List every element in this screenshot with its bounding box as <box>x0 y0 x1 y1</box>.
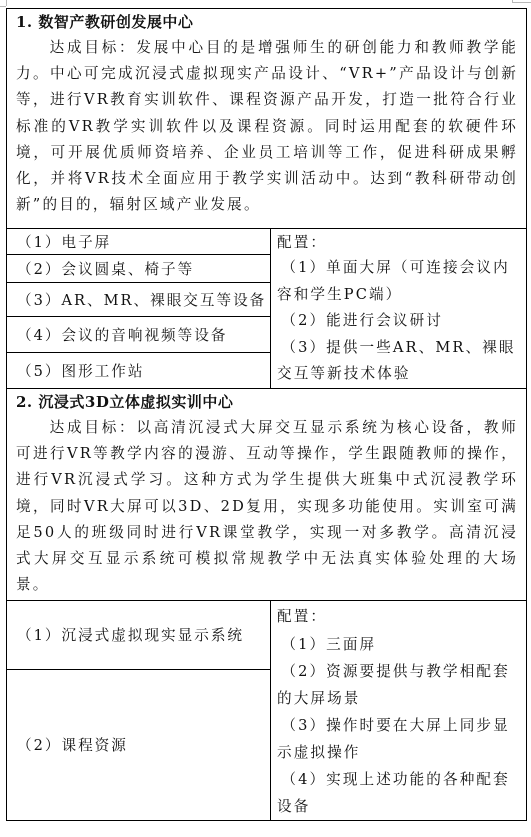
section-2-config-cell: 配置： （1）三面屏 （2）资源要提供与教学相配套的大屏场景 （3）操作时要在大… <box>271 600 527 820</box>
section-1-title: 1. 数智产教研创发展中心 <box>16 9 518 35</box>
section-1-equipment-item: （3）AR、MR、裸眼交互等设备 <box>7 282 271 316</box>
page-corner-mark-right-h <box>512 2 531 3</box>
section-2-config-label: 配置： <box>277 603 522 631</box>
section-2-description-cell: 2. 沉浸式3D立体虚拟实训中心 达成目标：以高清沉浸式大屏交互显示系统为核心设… <box>7 388 527 600</box>
facility-table: 1. 数智产教研创发展中心 达成目标：发展中心目的是增强师生的研创能力和教师教学… <box>6 8 527 821</box>
section-2-equipment-item: （1）沉浸式虚拟现实显示系统 <box>7 600 271 669</box>
section-1-equipment-item: （2）会议圆桌、椅子等 <box>7 254 271 282</box>
section-1-equipment-item: （5）图形工作站 <box>7 352 271 388</box>
section-2-equipment-item: （2）课程资源 <box>7 669 271 820</box>
section-2-description-row: 2. 沉浸式3D立体虚拟实训中心 达成目标：以高清沉浸式大屏交互显示系统为核心设… <box>7 388 527 600</box>
section-2-config-line: （2）资源要提供与教学相配套的大屏场景 <box>277 658 522 712</box>
section-1-config-line: （3）提供一些AR、MR、裸眼交互等新技术体验 <box>277 335 522 388</box>
section-2-equipment-row: （1）沉浸式虚拟现实显示系统 配置： （1）三面屏 （2）资源要提供与教学相配套… <box>7 600 527 669</box>
section-2-title: 2. 沉浸式3D立体虚拟实训中心 <box>16 389 518 415</box>
section-1-config-label: 配置： <box>277 231 522 255</box>
section-2-config-line: （1）三面屏 <box>277 631 522 658</box>
page-corner-mark-right-v <box>512 0 513 3</box>
page-corner-mark-left-h <box>0 6 6 7</box>
section-1-config-cell: 配置： （1）单面大屏（可连接会议内容和学生PC端） （2）能进行会议研讨 （3… <box>271 229 527 389</box>
section-1-description-row: 1. 数智产教研创发展中心 达成目标：发展中心目的是增强师生的研创能力和教师教学… <box>7 9 527 229</box>
section-1-equipment-item: （4）会议的音响视频等设备 <box>7 317 271 352</box>
section-1-description-cell: 1. 数智产教研创发展中心 达成目标：发展中心目的是增强师生的研创能力和教师教学… <box>7 9 527 229</box>
section-1-goal-paragraph: 达成目标：发展中心目的是增强师生的研创能力和教师教学能力。中心可完成沉浸式虚拟现… <box>16 35 518 218</box>
section-1-equipment-item: （1）电子屏 <box>7 229 271 254</box>
section-1-config-line: （2）能进行会议研讨 <box>277 308 522 335</box>
page-corner-mark-left-v <box>6 0 7 6</box>
section-1-config-line: （1）单面大屏（可连接会议内容和学生PC端） <box>277 255 522 308</box>
section-2-config-line: （4）实现上述功能的各种配套设备 <box>277 766 522 820</box>
section-2-config-line: （3）操作时要在大屏上同步显示虚拟操作 <box>277 712 522 766</box>
section-2-goal-paragraph: 达成目标：以高清沉浸式大屏交互显示系统为核心设备，教师可进行VR等教学内容的漫游… <box>16 415 518 600</box>
section-1-equipment-row: （1）电子屏 配置： （1）单面大屏（可连接会议内容和学生PC端） （2）能进行… <box>7 229 527 254</box>
